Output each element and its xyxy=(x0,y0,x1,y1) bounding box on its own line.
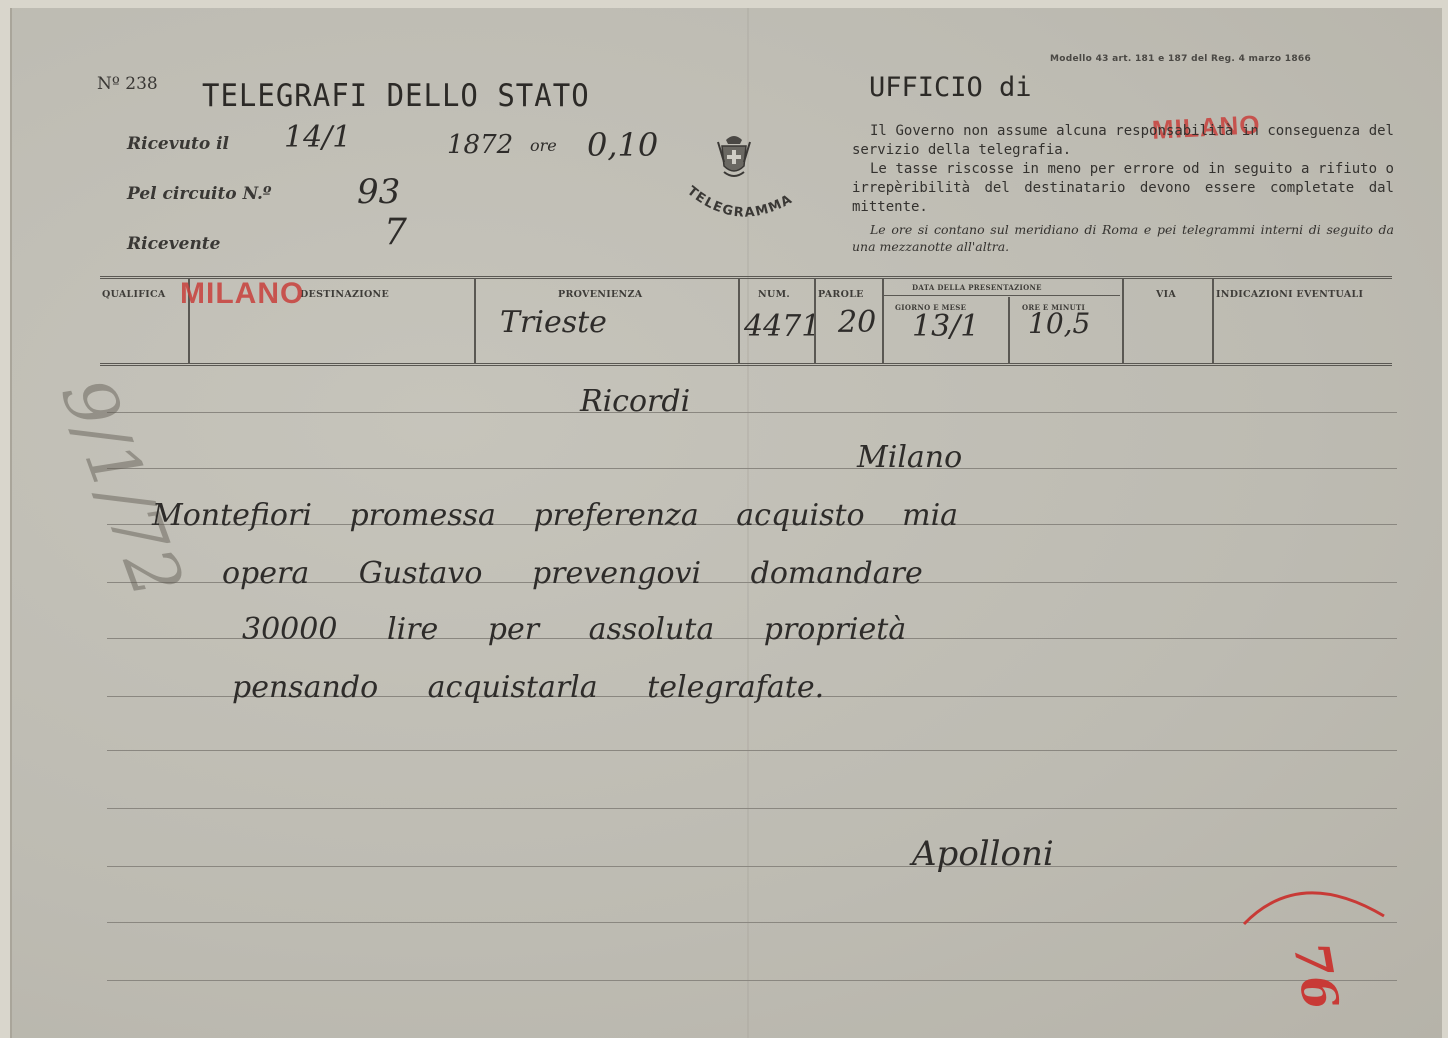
ruled-line xyxy=(107,808,1397,809)
ore-minuti-value: 10,5 xyxy=(1028,307,1090,340)
col-divider xyxy=(738,279,740,363)
subheader-rule xyxy=(884,295,1120,296)
transmission-table: QUALIFICA DESTINAZIONE MILANO PROVENIENZ… xyxy=(100,276,1392,366)
provenienza-value: Trieste xyxy=(500,305,607,340)
giorno-value: 13/1 xyxy=(912,309,979,344)
col-divider xyxy=(1008,297,1010,363)
ore-label: ore xyxy=(530,136,557,155)
parole-header: PAROLE xyxy=(818,289,864,300)
red-arc-mark xyxy=(1240,876,1390,936)
notice-text: Il Governo non assume alcuna responsabil… xyxy=(852,122,1394,255)
col-divider xyxy=(882,279,884,363)
circuito-label: Pel circuito N.º xyxy=(127,184,271,204)
message-city: Milano xyxy=(857,440,962,475)
circuito-value: 93 xyxy=(357,172,400,212)
ore-value: 0,10 xyxy=(587,126,658,164)
notice-paragraph-1: Il Governo non assume alcuna responsabil… xyxy=(852,122,1394,160)
ricevuto-date: 14/1 xyxy=(284,120,351,155)
margin-pencil-note: 9/1/72 xyxy=(45,368,199,608)
ruled-line xyxy=(107,980,1397,981)
message-line-4: pensando acquistarla telegrafate. xyxy=(232,670,824,705)
notice-paragraph-3: Le ore si contano sul meridiano di Roma … xyxy=(852,221,1394,255)
svg-text:TELEGRAMMA: TELEGRAMMA xyxy=(684,184,796,221)
ufficio-label: UFFICIO di xyxy=(869,72,1032,103)
message-line-2: opera Gustavo prevengovi domandare xyxy=(222,556,923,591)
message-recipient: Ricordi xyxy=(580,384,690,419)
data-presentazione-header: DATA DELLA PRESENTAZIONE xyxy=(912,283,1042,292)
via-header: VIA xyxy=(1156,289,1176,300)
form-number: Nº 238 xyxy=(97,74,158,94)
parole-value: 20 xyxy=(838,305,876,340)
num-header: NUM. xyxy=(758,289,790,300)
col-divider xyxy=(474,279,476,363)
ricevuto-year: 1872 xyxy=(447,130,513,160)
notice-paragraph-2: Le tasse riscosse in meno per errore od … xyxy=(852,160,1394,217)
message-line-1: Montefiori promessa preferenza acquisto … xyxy=(152,498,958,533)
ruled-line xyxy=(107,922,1397,923)
ricevuto-label: Ricevuto il xyxy=(127,134,229,154)
ricevente-value: 7 xyxy=(384,212,407,253)
signature: Apolloni xyxy=(912,834,1054,874)
form-title: TELEGRAFI DELLO STATO xyxy=(202,77,590,114)
red-folio-number: 76 xyxy=(1282,938,1349,1014)
col-divider xyxy=(814,279,816,363)
ruled-line xyxy=(107,412,1397,413)
telegramma-arc-caption: TELEGRAMMA xyxy=(674,176,824,246)
col-divider xyxy=(1122,279,1124,363)
col-divider xyxy=(1212,279,1214,363)
ruled-line xyxy=(107,866,1397,867)
telegram-sheet: Nº 238 TELEGRAFI DELLO STATO Ricevuto il… xyxy=(10,8,1442,1038)
num-value: 4471 xyxy=(744,309,820,344)
ruled-line xyxy=(107,468,1397,469)
message-line-3: 30000 lire per assoluta proprietà xyxy=(242,612,906,647)
destinazione-stamp: MILANO xyxy=(180,277,304,311)
indicazioni-header: INDICAZIONI EVENTUALI xyxy=(1216,289,1363,300)
ricevente-label: Ricevente xyxy=(127,234,220,254)
modello-reference: Modello 43 art. 181 e 187 del Reg. 4 mar… xyxy=(1050,54,1311,64)
ruled-line xyxy=(107,750,1397,751)
destinazione-header: DESTINAZIONE xyxy=(300,289,389,300)
provenienza-header: PROVENIENZA xyxy=(558,289,642,300)
qualifica-header: QUALIFICA xyxy=(102,289,166,300)
